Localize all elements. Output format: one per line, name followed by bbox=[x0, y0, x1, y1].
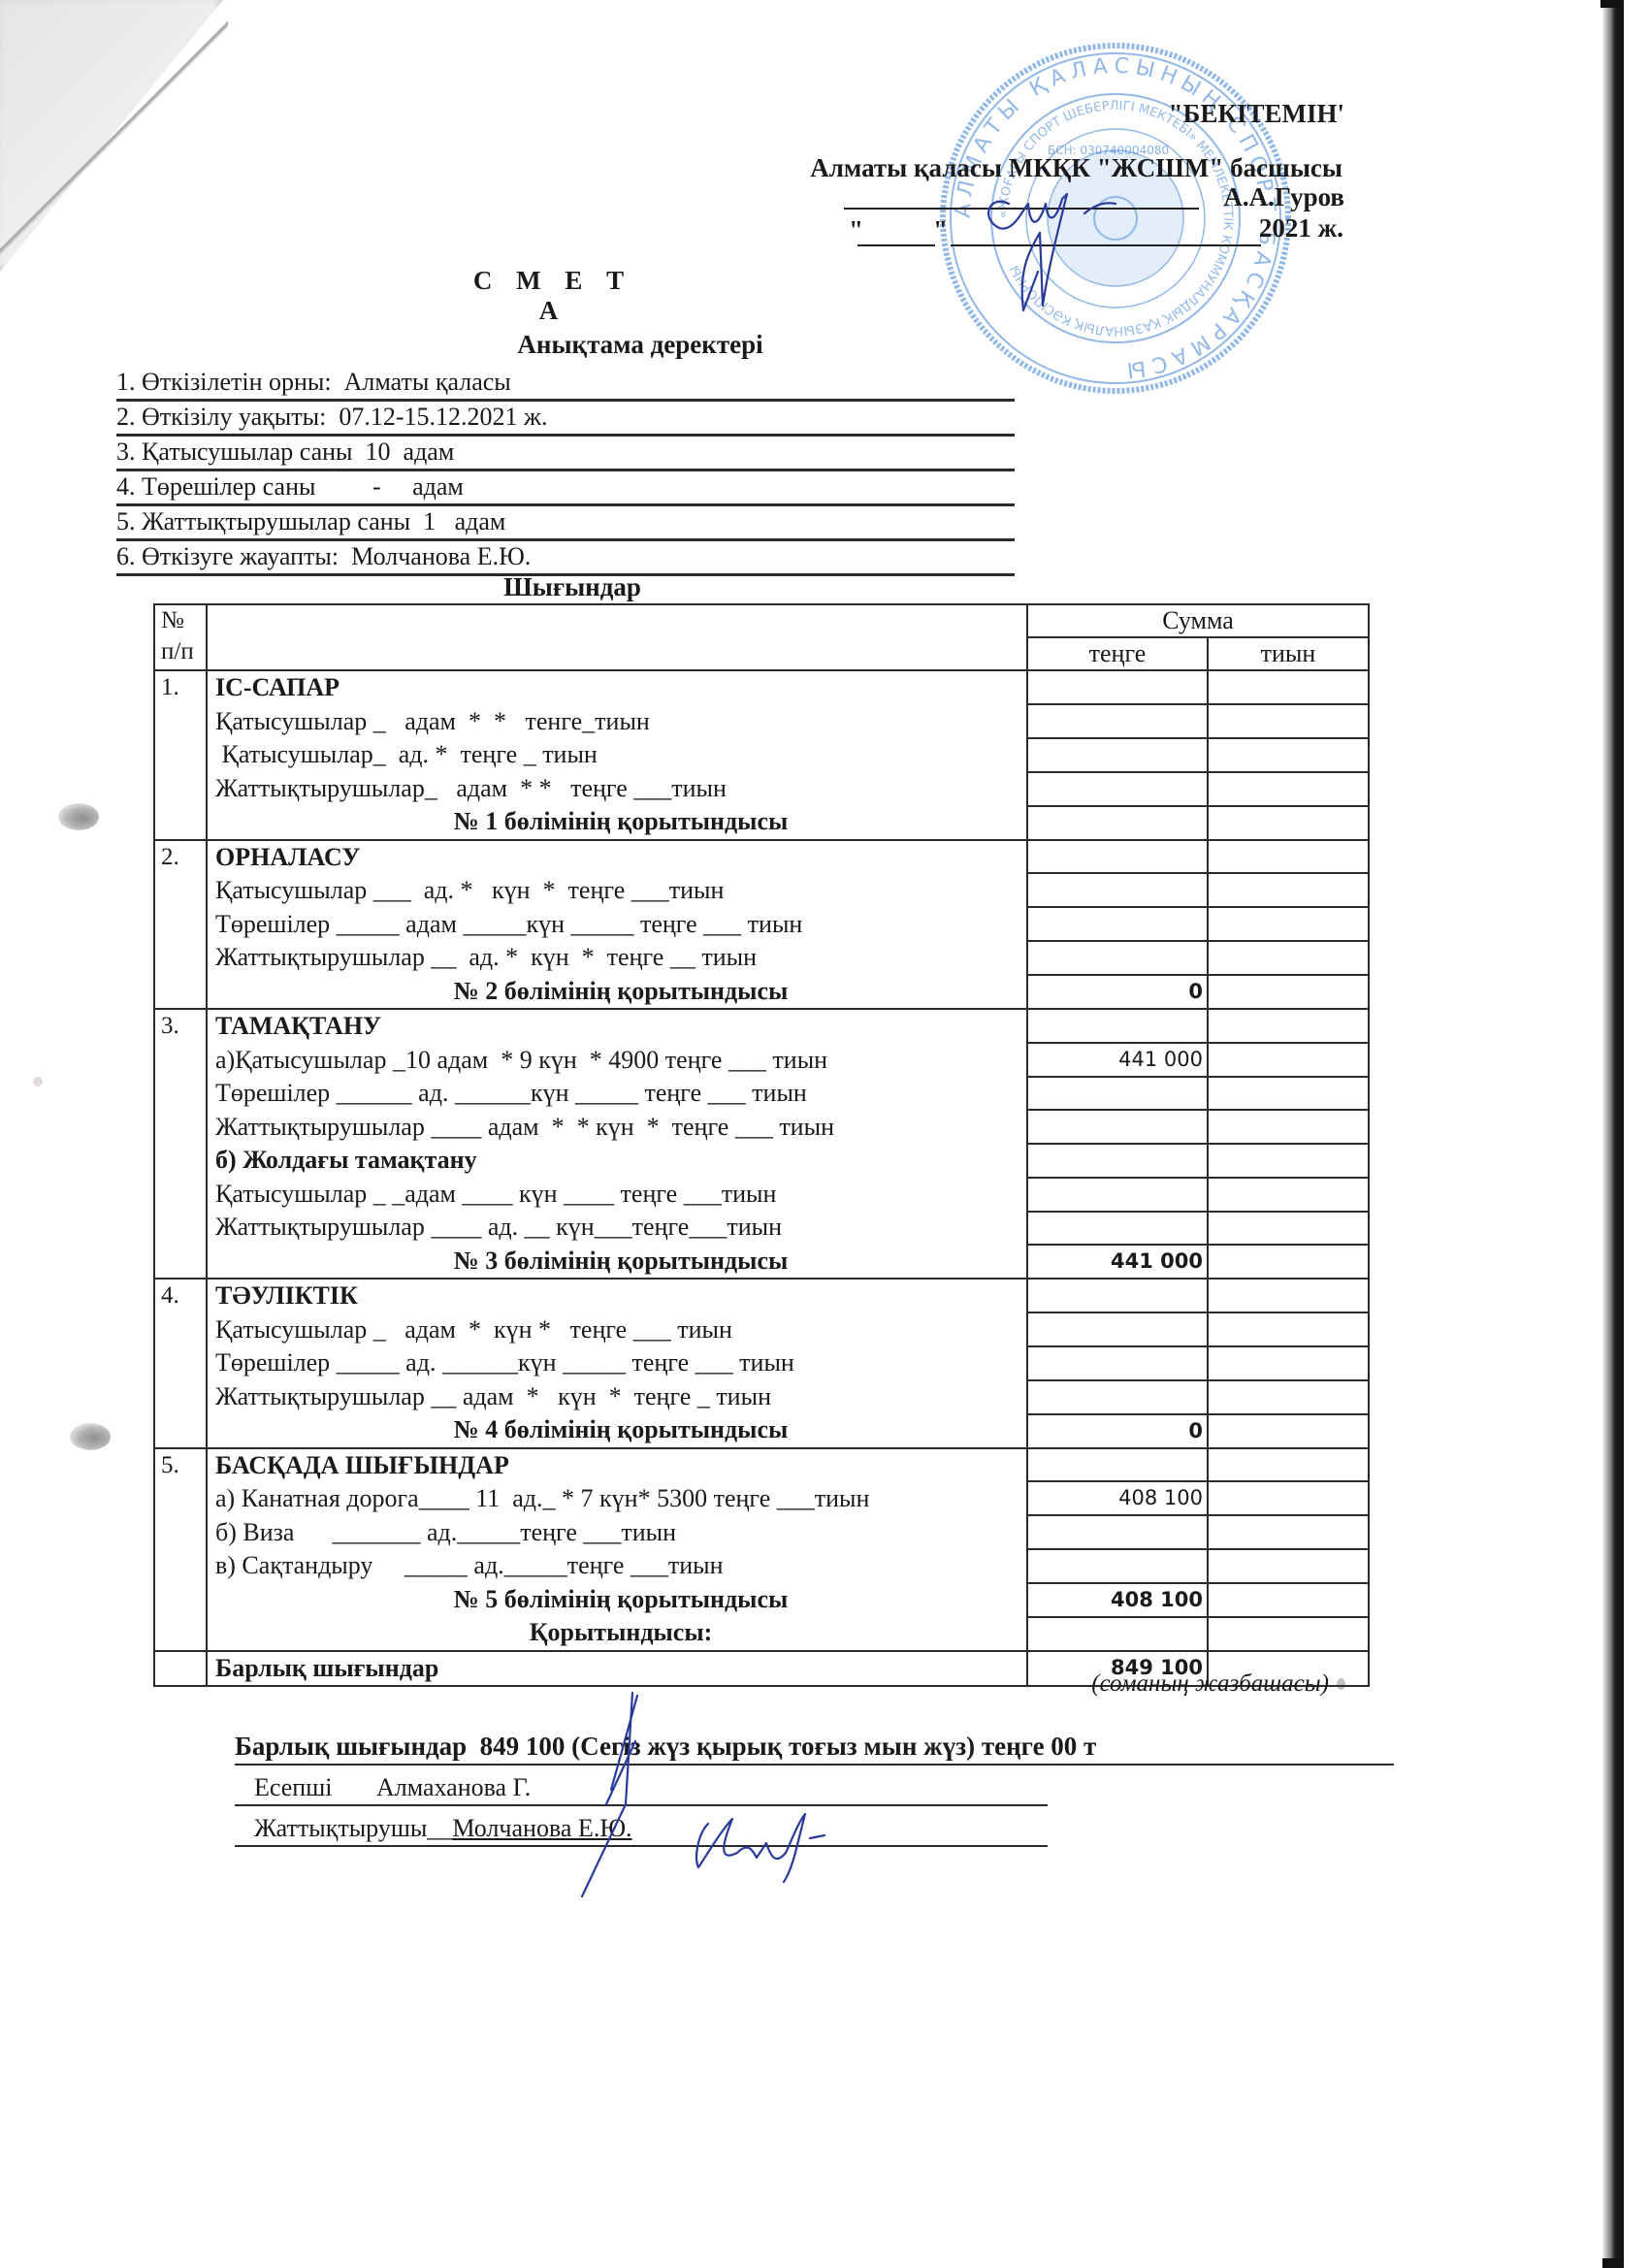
signature-name: Алмаханова Г. bbox=[376, 1773, 531, 1801]
date-day-blank bbox=[857, 244, 935, 246]
header-number-line1: № bbox=[161, 605, 206, 636]
section-number: 5. bbox=[154, 1448, 207, 1651]
scan-edge-mark bbox=[1600, 0, 1622, 8]
line-item: б) Виза _______ ад._____теңге ___тиын bbox=[215, 1516, 1026, 1550]
expenses-title: Шығындар bbox=[427, 572, 718, 602]
amount-tenge bbox=[1027, 1617, 1208, 1651]
line-item: Жаттықтырушылар ____ ад. __ күн___теңге_… bbox=[215, 1211, 1026, 1245]
amount-tiyn bbox=[1208, 772, 1369, 806]
amount-tenge bbox=[1027, 1212, 1208, 1246]
reference-label: 3. Қатысушылар саны bbox=[116, 437, 353, 466]
amount-tiyn bbox=[1208, 806, 1369, 840]
table-row: 1.ІС-САПАРҚатысушылар _ адам * * тенге_т… bbox=[154, 670, 1369, 704]
amount-tiyn bbox=[1208, 941, 1369, 975]
line-item: а) Канатная дорога____ 11 ад._ * 7 күн* … bbox=[215, 1482, 1026, 1516]
approval-name: А.А.Гуров bbox=[1164, 182, 1344, 212]
reference-value: Алматы қаласы bbox=[344, 368, 511, 396]
grand-total-description: Барлық шығындар bbox=[207, 1651, 1027, 1687]
amount-tenge bbox=[1027, 1312, 1208, 1346]
line-item: Қатысушылар _ _адам ____ күн ____ теңге … bbox=[215, 1178, 1026, 1212]
line-item: а)Қатысушылар _10 адам * 9 күн * 4900 те… bbox=[215, 1044, 1026, 1078]
line-item: Жаттықтырушылар_ адам * * теңге ___тиын bbox=[215, 772, 1026, 806]
grand-total-number bbox=[154, 1651, 207, 1687]
reference-label: 1. Өткізілетін орны: bbox=[116, 368, 332, 396]
amount-tiyn bbox=[1208, 1481, 1369, 1515]
grand-total-label: Барлық шығындар bbox=[215, 1652, 1026, 1686]
line-heading: ОРНАЛАСУ bbox=[215, 841, 1026, 875]
signature-role: Есепші bbox=[235, 1773, 332, 1801]
reference-value: - адам bbox=[322, 472, 464, 501]
amount-tenge: 441 000 bbox=[1027, 1245, 1208, 1279]
amount-tenge: 0 bbox=[1027, 975, 1208, 1009]
section-number: 3. bbox=[154, 1009, 207, 1279]
line-heading: ІС-САПАР bbox=[215, 671, 1026, 705]
amount-tiyn bbox=[1208, 1212, 1369, 1246]
expenses-table-wrap: № п/п Сумма теңге тиын 1.ІС-САПАРҚатысуш… bbox=[153, 603, 1370, 1687]
header-number: № п/п bbox=[154, 604, 207, 670]
date-open-quote: " bbox=[849, 215, 868, 245]
amount-tenge bbox=[1027, 873, 1208, 907]
approval-word: "БЕКІТЕМІН' bbox=[1164, 99, 1344, 129]
section-number: 2. bbox=[154, 840, 207, 1010]
reference-label: 4. Төрешілер саны bbox=[116, 472, 315, 501]
section-description: ІС-САПАРҚатысушылар _ адам * * тенге_тиы… bbox=[207, 670, 1027, 840]
amount-tiyn bbox=[1208, 670, 1369, 704]
amount-tenge bbox=[1027, 840, 1208, 874]
document-title: С М Е Т А bbox=[466, 266, 640, 326]
scan-edge-mark bbox=[1602, 2258, 1624, 2268]
amount-tiyn bbox=[1208, 975, 1369, 1009]
amount-tiyn bbox=[1208, 1144, 1369, 1178]
header-sum: Сумма bbox=[1027, 604, 1369, 637]
section-number: 1. bbox=[154, 670, 207, 840]
line-subheading: б) Жолдағы тамақтану bbox=[215, 1144, 1026, 1178]
amount-tenge bbox=[1027, 1178, 1208, 1212]
amount-tiyn bbox=[1208, 873, 1369, 907]
reference-line: 4. Төрешілер саны - адам bbox=[116, 471, 1015, 506]
date-close-quote: " bbox=[933, 215, 953, 245]
line-item: Қатысушылар_ ад. * теңге _ тиын bbox=[215, 738, 1026, 772]
handwritten-signature-icon bbox=[543, 1688, 873, 1901]
reference-title: Анықтама деректері bbox=[466, 330, 815, 360]
section-description: ОРНАЛАСУҚатысушылар ___ ад. * күн * теңг… bbox=[207, 840, 1027, 1010]
line-subtotal: № 1 бөлімінің қорытындысы bbox=[215, 805, 1026, 839]
scan-fold-edge bbox=[0, 0, 228, 276]
section-description: ТАМАҚТАНУа)Қатысушылар _10 адам * 9 күн … bbox=[207, 1009, 1027, 1279]
amount-tenge bbox=[1027, 1380, 1208, 1414]
table-row: 3.ТАМАҚТАНУа)Қатысушылар _10 адам * 9 кү… bbox=[154, 1009, 1369, 1043]
line-item: Қатысушылар ___ ад. * күн * теңге ___тиы… bbox=[215, 874, 1026, 908]
amount-tiyn bbox=[1208, 1583, 1369, 1617]
line-item: Жаттықтырушылар ____ адам * * күн * теңг… bbox=[215, 1111, 1026, 1145]
amount-tiyn bbox=[1208, 840, 1369, 874]
section-number: 4. bbox=[154, 1279, 207, 1448]
reference-line: 1. Өткізілетін орны: Алматы қаласы bbox=[116, 367, 1015, 402]
header-description bbox=[207, 604, 1027, 670]
reference-label: 2. Өткізілу уақыты: bbox=[116, 403, 326, 431]
amount-tenge bbox=[1027, 1515, 1208, 1549]
table-header-row: № п/п Сумма bbox=[154, 604, 1369, 637]
line-subtotal: № 4 бөлімінің қорытындысы bbox=[215, 1413, 1026, 1447]
line-item: Жаттықтырушылар __ адам * күн * теңге _ … bbox=[215, 1380, 1026, 1414]
amount-tiyn bbox=[1208, 1515, 1369, 1549]
table-row: 4.ТӘУЛІКТІКҚатысушылар _ адам * күн * те… bbox=[154, 1279, 1369, 1312]
header-tenge: теңге bbox=[1027, 637, 1208, 670]
amount-tiyn bbox=[1208, 1279, 1369, 1312]
header-number-line2: п/п bbox=[161, 636, 206, 667]
table-row: 2.ОРНАЛАСУҚатысушылар ___ ад. * күн * те… bbox=[154, 840, 1369, 874]
amount-tenge bbox=[1027, 738, 1208, 772]
punch-hole bbox=[58, 803, 99, 830]
amount-tiyn bbox=[1208, 1178, 1369, 1212]
scan-edge-shadow bbox=[1602, 0, 1624, 2268]
reference-line: 6. Өткізуге жауапты: Молчанова Е.Ю. bbox=[116, 541, 1015, 576]
reference-line: 2. Өткізілу уақыты: 07.12-15.12.2021 ж. bbox=[116, 402, 1015, 437]
amount-tenge bbox=[1027, 907, 1208, 941]
amount-tiyn bbox=[1208, 1009, 1369, 1043]
amount-tenge bbox=[1027, 1009, 1208, 1043]
line-item: Қатысушылар _ адам * күн * теңге ___ тиы… bbox=[215, 1313, 1026, 1347]
amount-tiyn bbox=[1208, 738, 1369, 772]
line-item: Төрешілер _____ ад. ______күн _____ теңг… bbox=[215, 1346, 1026, 1380]
line-subtotal: № 3 бөлімінің қорытындысы bbox=[215, 1245, 1026, 1279]
amount-tenge bbox=[1027, 806, 1208, 840]
table-row: 5.БАСҚАДА ШЫҒЫНДАРа) Канатная дорога____… bbox=[154, 1448, 1369, 1482]
reference-label: 5. Жаттықтырушылар саны bbox=[116, 507, 410, 535]
reference-line: 3. Қатысушылар саны 10 адам bbox=[116, 437, 1015, 471]
approver-signature-icon bbox=[970, 175, 1145, 320]
expenses-table: № п/п Сумма теңге тиын 1.ІС-САПАРҚатысуш… bbox=[153, 603, 1370, 1687]
approval-year: 2021 ж. bbox=[1256, 213, 1343, 243]
amount-tenge bbox=[1027, 1448, 1208, 1482]
amount-tiyn bbox=[1208, 1043, 1369, 1077]
amount-tiyn bbox=[1208, 1346, 1369, 1380]
line-item: Қатысушылар _ адам * * тенге_тиын bbox=[215, 705, 1026, 739]
amount-tiyn bbox=[1208, 1380, 1369, 1414]
line-subtotal: № 5 бөлімінің қорытындысы bbox=[215, 1583, 1026, 1617]
amount-tiyn bbox=[1208, 907, 1369, 941]
scan-speck bbox=[33, 1077, 43, 1086]
line-item: в) Сақтандыру _____ ад._____теңге ___тиы… bbox=[215, 1549, 1026, 1583]
line-item: Төрешілер ______ ад. ______күн _____ тең… bbox=[215, 1077, 1026, 1111]
amount-tenge: 408 100 bbox=[1027, 1583, 1208, 1617]
amount-tenge bbox=[1027, 1279, 1208, 1312]
amount-tiyn bbox=[1208, 1077, 1369, 1111]
amount-tenge bbox=[1027, 772, 1208, 806]
amount-tenge bbox=[1027, 1077, 1208, 1111]
amount-tiyn bbox=[1208, 1448, 1369, 1482]
amount-words-caption: (соманың жазбашасы) bbox=[1038, 1670, 1329, 1698]
reference-value: 10 адам bbox=[366, 437, 455, 466]
amount-tiyn bbox=[1208, 704, 1369, 738]
amount-tiyn bbox=[1208, 1414, 1369, 1448]
signature-role: Жаттықтырушы bbox=[235, 1814, 427, 1842]
line-subtotal: Қорытындысы: bbox=[215, 1616, 1026, 1650]
line-heading: БАСҚАДА ШЫҒЫНДАР bbox=[215, 1449, 1026, 1483]
amount-tiyn bbox=[1208, 1617, 1369, 1651]
amount-tenge bbox=[1027, 704, 1208, 738]
amount-tenge bbox=[1027, 1549, 1208, 1583]
amount-tiyn bbox=[1208, 1549, 1369, 1583]
section-description: ТӘУЛІКТІКҚатысушылар _ адам * күн * теңг… bbox=[207, 1279, 1027, 1448]
reference-value: Молчанова Е.Ю. bbox=[351, 542, 531, 570]
line-item: Жаттықтырушылар __ ад. * күн * теңге __ … bbox=[215, 941, 1026, 975]
amount-tenge bbox=[1027, 1110, 1208, 1144]
line-subtotal: № 2 бөлімінің қорытындысы bbox=[215, 975, 1026, 1009]
amount-tenge bbox=[1027, 1144, 1208, 1178]
amount-tiyn bbox=[1208, 1245, 1369, 1279]
reference-line: 5. Жаттықтырушылар саны 1 адам bbox=[116, 506, 1015, 541]
section-description: БАСҚАДА ШЫҒЫНДАРа) Канатная дорога____ 1… bbox=[207, 1448, 1027, 1651]
amount-tenge bbox=[1027, 670, 1208, 704]
line-heading: ТӘУЛІКТІК bbox=[215, 1280, 1026, 1313]
amount-tiyn bbox=[1208, 1110, 1369, 1144]
amount-tenge: 408 100 bbox=[1027, 1481, 1208, 1515]
header-tiyn: тиын bbox=[1208, 637, 1369, 670]
amount-tenge bbox=[1027, 941, 1208, 975]
punch-hole bbox=[70, 1423, 111, 1450]
amount-tenge: 441 000 bbox=[1027, 1043, 1208, 1077]
reference-value: 1 адам bbox=[423, 507, 505, 535]
amount-tenge: 0 bbox=[1027, 1414, 1208, 1448]
reference-label: 6. Өткізуге жауапты: bbox=[116, 542, 339, 570]
amount-tenge bbox=[1027, 1346, 1208, 1380]
amount-tiyn bbox=[1208, 1312, 1369, 1346]
line-heading: ТАМАҚТАНУ bbox=[215, 1010, 1026, 1044]
line-item: Төрешілер _____ адам _____күн _____ теңг… bbox=[215, 908, 1026, 942]
reference-value: 07.12-15.12.2021 ж. bbox=[339, 403, 547, 431]
